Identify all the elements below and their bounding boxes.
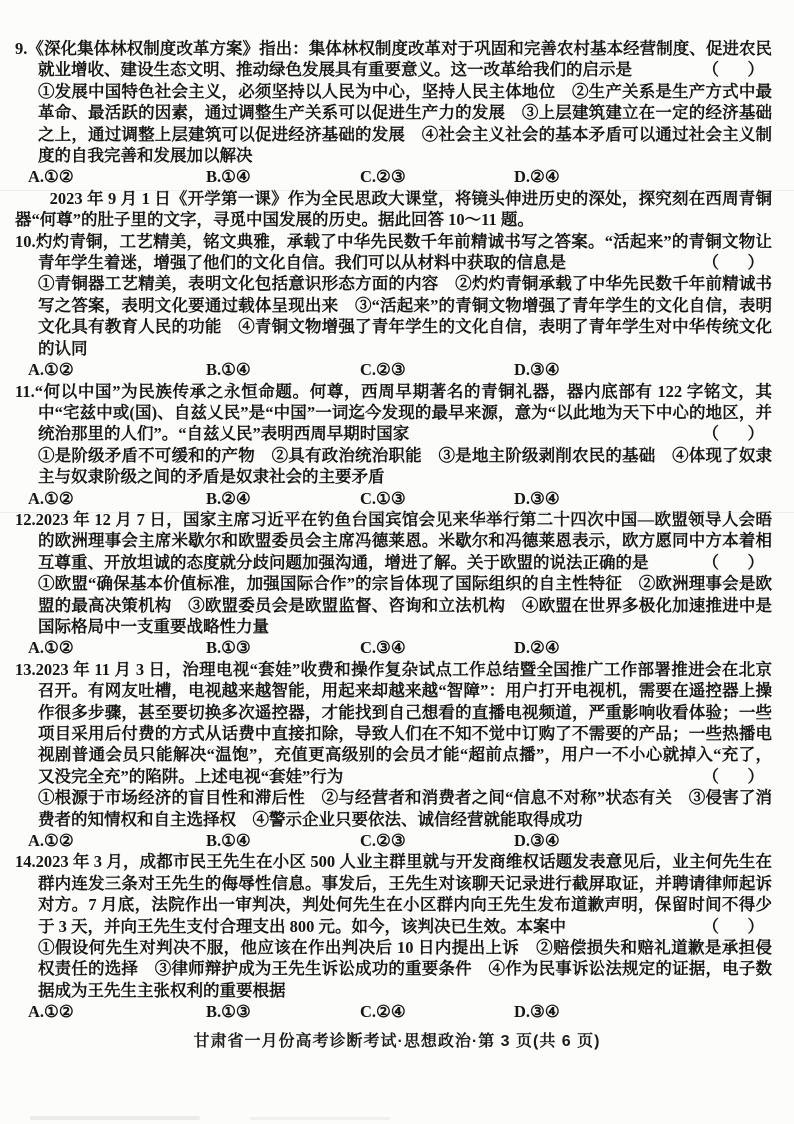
question-11-stem: 11.“何以中国”为民族传承之永恒命题。何尊，西周早期著名的青铜礼器，器内底部有…	[15, 381, 772, 445]
question-9-options: A.①② B.①④ C.②③ D.②④	[15, 166, 772, 187]
question-9-option-a: A.①②	[28, 166, 206, 187]
question-12-items: ①欧盟“确保基本价值标准，加强国际合作”的宗旨体现了国际组织的自主性特征 ②欧洲…	[15, 573, 772, 637]
question-13-option-b: B.①④	[206, 830, 360, 851]
question-13-option-d: D.③④	[514, 830, 772, 851]
question-10-stem: 10.灼灼青铜，工艺精美，铭文典雅，承载了中华先民数千年前精诚书写之答案。“活起…	[15, 231, 772, 274]
question-13-stem-text: 2023 年 11 月 3 日，治理电视“套娃”收费和操作复杂试点工作总结暨全国…	[36, 660, 772, 786]
question-13-answer-bracket: （ ）	[703, 766, 771, 787]
question-12-answer-bracket: （ ）	[703, 552, 771, 573]
question-11-answer-bracket: （ ）	[703, 423, 771, 444]
question-11-items: ①是阶级矛盾不可缓和的产物 ②具有政治统治职能 ③是地主阶级剥削农民的基础 ④体…	[15, 445, 772, 488]
question-12-options: A.①② B.①③ C.③④ D.②④	[15, 637, 772, 658]
question-13-items: ①根源于市场经济的盲目性和滞后性 ②与经营者和消费者之间“信息不对称”状态有关 …	[15, 787, 772, 830]
question-12-option-b: B.①③	[206, 637, 360, 658]
question-10-option-c: C.②③	[360, 359, 514, 380]
question-12-option-c: C.③④	[360, 637, 514, 658]
page-footer: 甘肃省一月份高考诊断考试·思想政治·第 3 页(共 6 页)	[0, 1028, 794, 1051]
question-9-items: ①发展中国特色社会主义，必须坚持以人民为中心，坚持人民主体地位 ②生产关系是生产…	[15, 81, 772, 167]
question-12: 12.2023 年 12 月 7 日，国家主席习近平在钓鱼台国宾馆会见来华举行第…	[15, 509, 772, 659]
scan-smudge	[250, 1117, 390, 1120]
question-14-options: A.①② B.①③ C.②④ D.③④	[15, 1001, 772, 1022]
question-13-option-a: A.①②	[28, 830, 206, 851]
question-10-options: A.①② B.①④ C.②③ D.③④	[15, 359, 772, 380]
question-12-option-d: D.②④	[514, 637, 772, 658]
question-10-answer-bracket: （ ）	[703, 252, 771, 273]
question-11-option-d: D.③④	[514, 488, 772, 509]
question-9-stem-text: 《深化集体林权制度改革方案》指出：集体林权制度改革对于巩固和完善农村基本经营制度…	[27, 39, 772, 79]
question-14-items: ①假设何先生对判决不服，他应该在作出判决后 10 日内提出上诉 ②赔偿损失和赔礼…	[15, 937, 772, 1001]
exam-content: 9.《深化集体林权制度改革方案》指出：集体林权制度改革对于巩固和完善农村基本经营…	[15, 38, 772, 1023]
question-9-option-b: B.①④	[206, 166, 360, 187]
question-10-stem-text: 灼灼青铜，工艺精美，铭文典雅，承载了中华先民数千年前精诚书写之答案。“活起来”的…	[36, 232, 772, 272]
scan-noise-line	[0, 512, 794, 513]
question-14-stem: 14.2023 年 3 月，成都市民王先生在小区 500 人业主群里就与开发商维…	[15, 851, 772, 937]
question-9: 9.《深化集体林权制度改革方案》指出：集体林权制度改革对于巩固和完善农村基本经营…	[15, 38, 772, 188]
question-11-stem-text: “何以中国”为民族传承之永恒命题。何尊，西周早期著名的青铜礼器，器内底部有 12…	[35, 382, 772, 444]
question-12-stem-text: 2023 年 12 月 7 日，国家主席习近平在钓鱼台国宾馆会见来华举行第二十四…	[36, 510, 772, 572]
question-14: 14.2023 年 3 月，成都市民王先生在小区 500 人业主群里就与开发商维…	[15, 851, 772, 1022]
question-14-option-b: B.①③	[206, 1001, 360, 1022]
question-14-option-c: C.②④	[360, 1001, 514, 1022]
question-14-option-d: D.③④	[514, 1001, 772, 1022]
question-10-option-a: A.①②	[28, 359, 206, 380]
question-13-number: 13.	[15, 660, 36, 679]
question-10-option-d: D.③④	[514, 359, 772, 380]
question-10-option-b: B.①④	[206, 359, 360, 380]
question-14-number: 14.	[15, 852, 36, 871]
question-11: 11.“何以中国”为民族传承之永恒命题。何尊，西周早期著名的青铜礼器，器内底部有…	[15, 381, 772, 509]
question-9-answer-bracket: （ ）	[703, 59, 771, 80]
question-13-option-c: C.②③	[360, 830, 514, 851]
question-10: 10.灼灼青铜，工艺精美，铭文典雅，承载了中华先民数千年前精诚书写之答案。“活起…	[15, 231, 772, 381]
scan-noise-line	[0, 190, 794, 191]
question-14-stem-text: 2023 年 3 月，成都市民王先生在小区 500 人业主群里就与开发商维权话题…	[36, 852, 772, 935]
question-12-stem: 12.2023 年 12 月 7 日，国家主席习近平在钓鱼台国宾馆会见来华举行第…	[15, 509, 772, 573]
question-14-option-a: A.①②	[28, 1001, 206, 1022]
question-9-option-c: C.②③	[360, 166, 514, 187]
exam-page: 9.《深化集体林权制度改革方案》指出：集体林权制度改革对于巩固和完善农村基本经营…	[0, 0, 794, 1124]
question-9-number: 9.	[15, 39, 27, 58]
question-11-number: 11.	[15, 382, 35, 401]
question-9-option-d: D.②④	[514, 166, 772, 187]
passage-10-11: 2023 年 9 月 1 日《开学第一课》作为全民思政大课堂，将镜头伸进历史的深…	[15, 188, 772, 231]
question-11-option-b: B.②④	[206, 488, 360, 509]
question-9-stem: 9.《深化集体林权制度改革方案》指出：集体林权制度改革对于巩固和完善农村基本经营…	[15, 38, 772, 81]
scan-smudge	[30, 1116, 200, 1120]
question-10-number: 10.	[15, 232, 36, 251]
question-14-answer-bracket: （ ）	[703, 916, 771, 937]
question-13-stem: 13.2023 年 11 月 3 日，治理电视“套娃”收费和操作复杂试点工作总结…	[15, 659, 772, 787]
question-13: 13.2023 年 11 月 3 日，治理电视“套娃”收费和操作复杂试点工作总结…	[15, 659, 772, 852]
question-12-option-a: A.①②	[28, 637, 206, 658]
question-11-option-a: A.①②	[28, 488, 206, 509]
question-11-options: A.①② B.②④ C.①③ D.③④	[15, 488, 772, 509]
question-11-option-c: C.①③	[360, 488, 514, 509]
question-13-options: A.①② B.①④ C.②③ D.③④	[15, 830, 772, 851]
question-10-items: ①青铜器工艺精美，表明文化包括意识形态方面的内容 ②灼灼青铜承载了中华先民数千年…	[15, 273, 772, 359]
